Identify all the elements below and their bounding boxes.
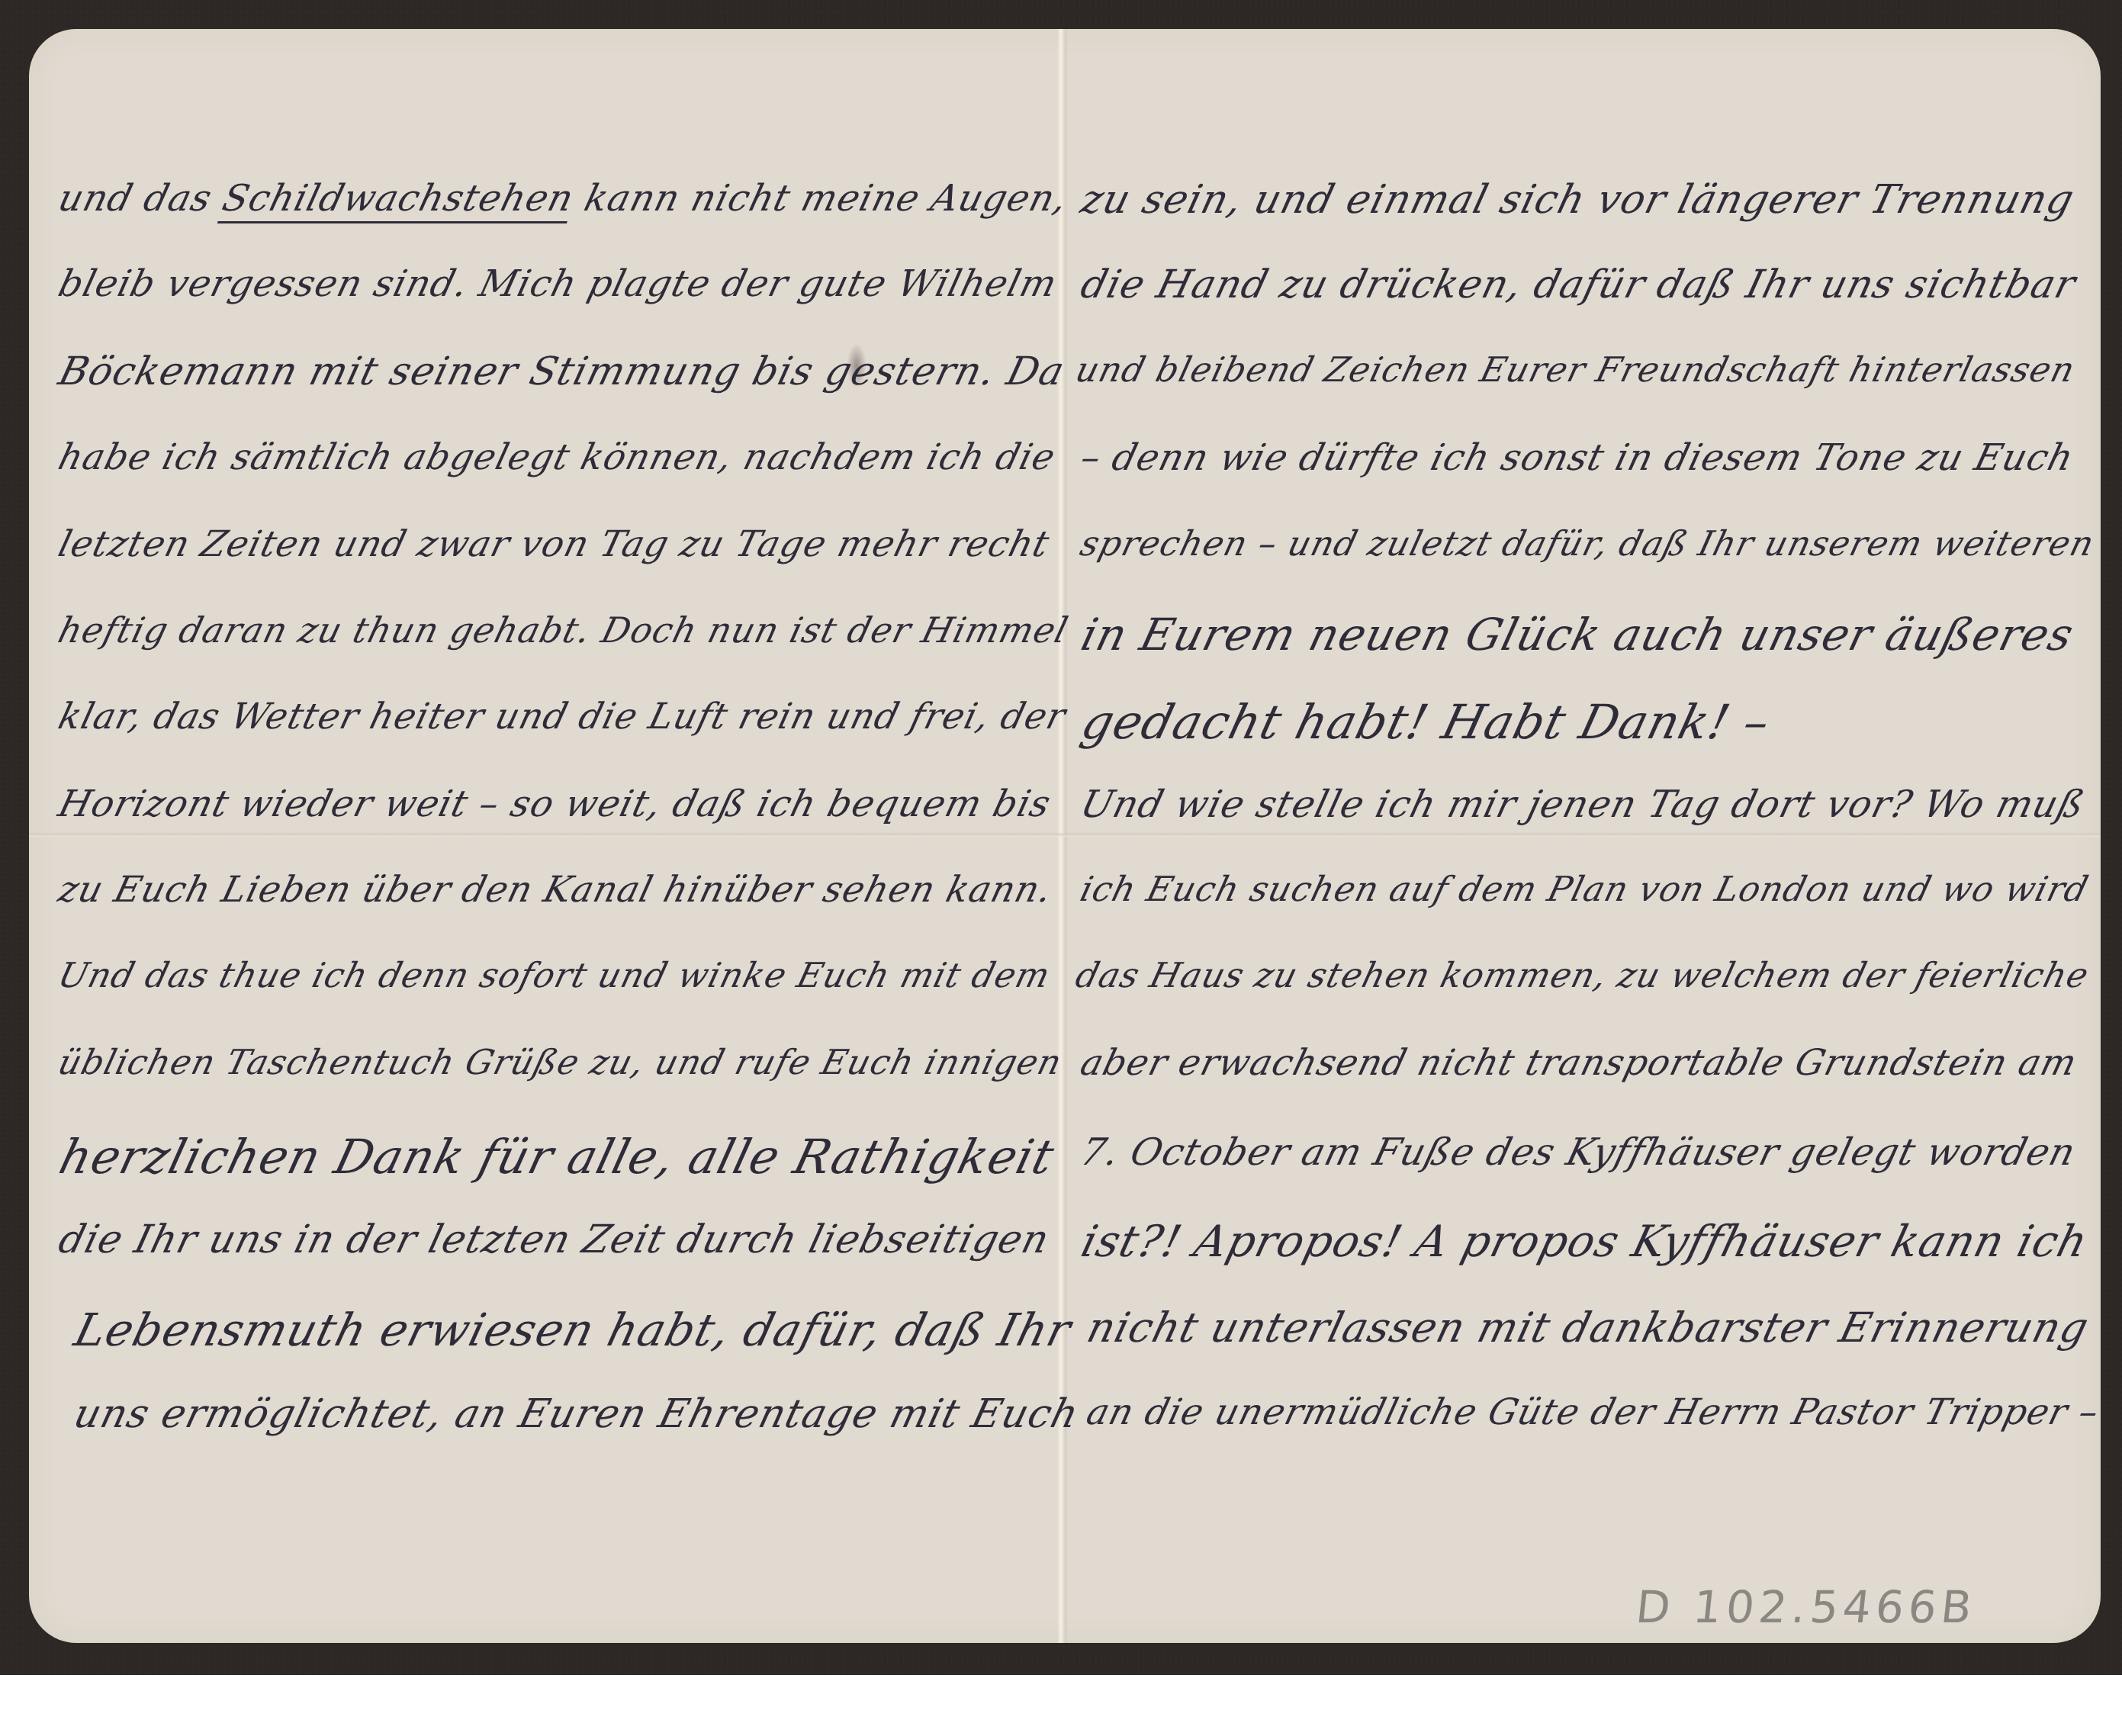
archive-shelfmark: D 102.5466B [1633, 1581, 1979, 1633]
handwritten-line: sprechen – und zuletzt dafür, daß Ihr un… [1077, 526, 2098, 561]
handwritten-line: uns ermöglichtet, an Euren Ehrentage mit… [70, 1394, 1083, 1434]
handwritten-line: an die unermüdliche Güte der Herrn Pasto… [1083, 1394, 2101, 1430]
handwritten-line: das Haus zu stehen kommen, zu welchem de… [1072, 958, 2092, 992]
handwritten-line: letzten Zeiten und zwar von Tag zu Tage … [55, 526, 1053, 562]
handwritten-line: heftig daran zu thun gehabt. Doch nun is… [55, 612, 1072, 648]
handwritten-line: und das Schildwachstehen kann nicht mein… [55, 180, 1072, 217]
underlined-word: Schildwachstehen [218, 177, 578, 220]
line-text: und das [54, 177, 229, 220]
handwritten-line: Und wie stelle ich mir jenen Tag dort vo… [1077, 786, 2088, 823]
handwritten-line: herzlichen Dank für alle, alle Rathigkei… [55, 1133, 1059, 1181]
handwritten-line: die Hand zu drücken, dafür daß Ihr uns s… [1077, 265, 2080, 304]
scan-bottom-margin [0, 1675, 2122, 1736]
handwritten-line: üblichen Taschentuch Grüße zu, und rufe … [55, 1045, 1066, 1079]
handwritten-line: zu sein, und einmal sich vor längerer Tr… [1077, 180, 2078, 220]
handwritten-line: in Eurem neuen Glück auch unser äußeres [1077, 612, 2078, 657]
handwritten-line: nicht unterlassen mit dankbarster Erinne… [1083, 1307, 2093, 1349]
handwritten-line: gedacht habt! Habt Dank! – [1077, 699, 1775, 746]
handwritten-line: die Ihr uns in der letzten Zeit durch li… [55, 1220, 1053, 1259]
right-page: zu sein, und einmal sich vor längerer Tr… [1068, 29, 2101, 1643]
handwritten-line: habe ich sämtlich abgelegt können, nachd… [55, 439, 1059, 475]
handwritten-line: und bleibend Zeichen Eurer Freundschaft … [1072, 352, 2079, 387]
handwritten-line: zu Euch Lieben über den Kanal hinüber se… [55, 872, 1056, 908]
handwritten-line: klar, das Wetter heiter und die Luft rei… [55, 699, 1069, 735]
handwritten-line: – denn wie dürfte ich sonst in diesem To… [1077, 439, 2078, 476]
handwritten-line: ist?! Apropos! A propos Kyffhäuser kann … [1077, 1220, 2092, 1264]
handwritten-line: aber erwachsend nicht transportable Grun… [1077, 1045, 2081, 1081]
handwritten-line: 7. October am Fuße des Kyffhäuser gelegt… [1077, 1133, 2079, 1171]
handwritten-line: ich Euch suchen auf dem Plan von London … [1077, 872, 2092, 906]
letter-sheet: und das Schildwachstehen kann nicht mein… [29, 29, 2101, 1643]
handwritten-line: Und das thue ich denn sofort und winke E… [55, 958, 1054, 992]
handwritten-line: Lebensmuth erwiesen habt, dafür, daß Ihr [70, 1307, 1075, 1352]
handwritten-line: bleib vergessen sind. Mich plagte der gu… [55, 265, 1061, 302]
line-text: kann nicht meine Augen, [567, 177, 1072, 220]
handwritten-line: Horizont wieder weit – so weit, daß ich … [55, 786, 1055, 822]
left-page: und das Schildwachstehen kann nicht mein… [29, 29, 1059, 1643]
handwritten-line: Böckemann mit seiner Stimmung bis gester… [55, 352, 1069, 391]
